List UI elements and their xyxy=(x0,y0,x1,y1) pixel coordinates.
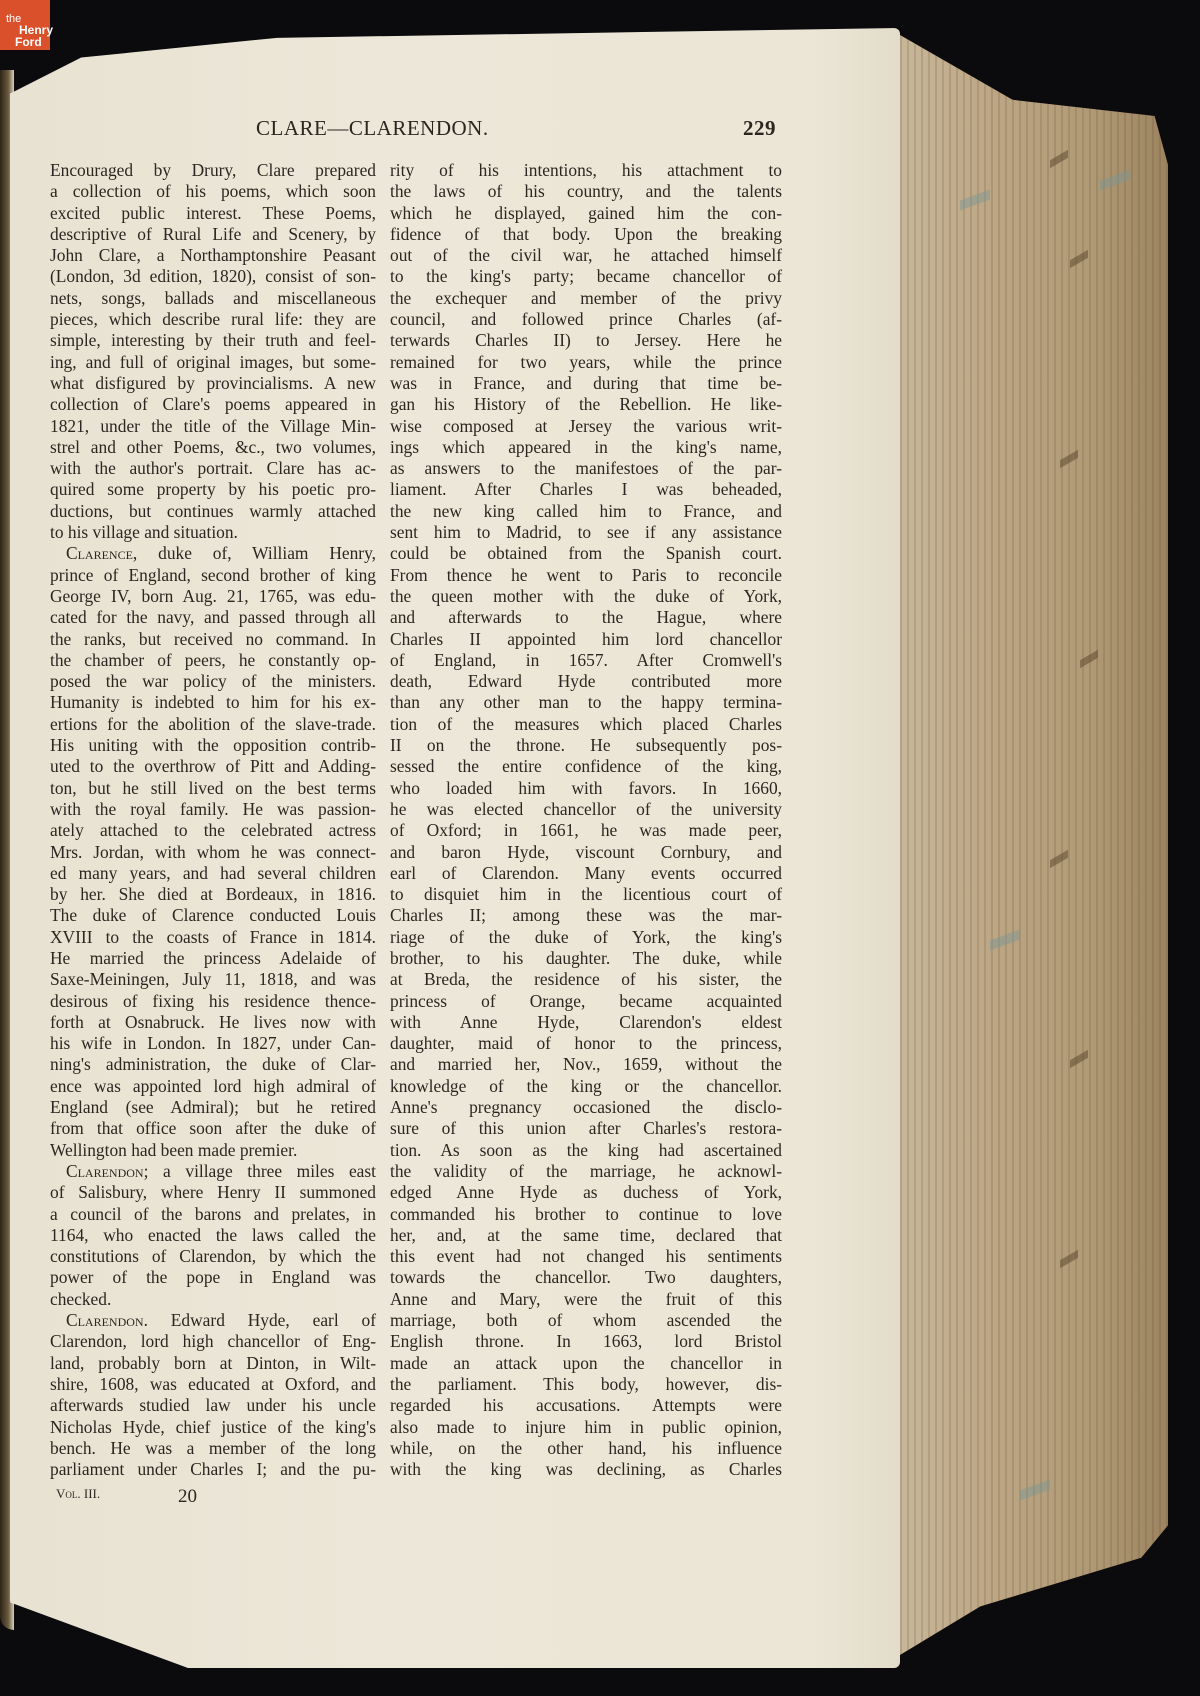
line-text: excited public interest. These Poems, xyxy=(50,203,376,223)
text-line: marriage, both of whom ascended the xyxy=(390,1310,782,1331)
text-line: He married the princess Adelaide of xyxy=(50,948,376,969)
line-text: also made to injure him in public opinio… xyxy=(390,1417,782,1437)
text-line: ductions, but continues warmly attached xyxy=(50,501,376,522)
text-line: out of the civil war, he attached himsel… xyxy=(390,245,782,266)
left-text-column: Encouraged by Drury, Clare prepareda col… xyxy=(50,160,376,1480)
text-line: Clarendon, lord high chancellor of Eng- xyxy=(50,1331,376,1352)
line-text: terwards Charles II) to Jersey. Here he xyxy=(390,330,782,350)
text-line: commanded his brother to continue to lov… xyxy=(390,1204,782,1225)
text-line: with the author's portrait. Clare has ac… xyxy=(50,458,376,479)
entry-headword: Clarence, xyxy=(66,543,137,563)
stain xyxy=(1050,150,1068,168)
line-text: rity of his intentions, his attachment t… xyxy=(390,160,782,180)
line-text: uted to the overthrow of Pitt and Adding… xyxy=(50,756,376,776)
text-line: this event had not changed his sentiment… xyxy=(390,1246,782,1267)
text-line: Wellington had been made premier. xyxy=(50,1140,376,1161)
line-text: fidence of that body. Upon the breaking xyxy=(390,224,782,244)
text-line: with Anne Hyde, Clarendon's eldest xyxy=(390,1012,782,1033)
stain xyxy=(1100,170,1130,191)
line-text: descriptive of Rural Life and Scenery, b… xyxy=(50,224,376,244)
text-line: with the royal family. He was passion- xyxy=(50,799,376,820)
line-text: remained for two years, while the prince xyxy=(390,352,782,372)
text-line: ed many years, and had several children xyxy=(50,863,376,884)
line-text: with the king was declining, as Charles xyxy=(390,1459,782,1479)
text-line: terwards Charles II) to Jersey. Here he xyxy=(390,330,782,351)
entry-headword: Clarendon; xyxy=(66,1161,148,1181)
line-text: forth at Osnabruck. He lives now with xyxy=(50,1012,376,1032)
stain xyxy=(1060,1250,1078,1268)
running-head-title: CLARE—CLARENDON. xyxy=(256,116,489,141)
line-text: at Breda, the residence of his sister, t… xyxy=(390,969,782,989)
text-line: excited public interest. These Poems, xyxy=(50,203,376,224)
line-text: power of the pope in England was xyxy=(50,1267,376,1287)
henry-ford-logo: the Henry Ford xyxy=(0,0,50,50)
line-text: while, on the other hand, his influence xyxy=(390,1438,782,1458)
line-text: death, Edward Hyde contributed more xyxy=(390,671,782,691)
text-line: the ranks, but received no command. In xyxy=(50,629,376,650)
line-text: what disfigured by provincialisms. A new xyxy=(50,373,376,393)
stain xyxy=(1080,650,1098,668)
text-line: while, on the other hand, his influence xyxy=(390,1438,782,1459)
line-text: to the king's party; became chancellor o… xyxy=(390,266,782,286)
line-text: desirous of fixing his residence thence- xyxy=(50,991,376,1011)
text-line: shire, 1608, was educated at Oxford, and xyxy=(50,1374,376,1395)
line-text: to his village and situation. xyxy=(50,522,238,542)
text-line: wise composed at Jersey the various writ… xyxy=(390,416,782,437)
line-text: George IV, born Aug. 21, 1765, was edu- xyxy=(50,586,376,606)
stain xyxy=(1060,450,1078,468)
text-line: descriptive of Rural Life and Scenery, b… xyxy=(50,224,376,245)
line-text: the chamber of peers, he constantly op- xyxy=(50,650,376,670)
line-text: ning's administration, the duke of Clar- xyxy=(50,1054,376,1074)
text-line: to disquiet him in the licentious court … xyxy=(390,884,782,905)
line-text: Humanity is indebted to him for his ex- xyxy=(50,692,376,712)
text-line: pieces, which describe rural life: they … xyxy=(50,309,376,330)
text-line: XVIII to the coasts of France in 1814. xyxy=(50,927,376,948)
text-line: and married her, Nov., 1659, without the xyxy=(390,1054,782,1075)
text-line: who loaded him with favors. In 1660, xyxy=(390,778,782,799)
text-line: Charles II; among these was the mar- xyxy=(390,905,782,926)
text-line: the queen mother with the duke of York, xyxy=(390,586,782,607)
line-text: shire, 1608, was educated at Oxford, and xyxy=(50,1374,376,1394)
line-text: gan his History of the Rebellion. He lik… xyxy=(390,394,782,414)
line-text: nets, songs, ballads and miscellaneous xyxy=(50,288,376,308)
text-line: cated for the navy, and passed through a… xyxy=(50,607,376,628)
line-text: the ranks, but received no command. In xyxy=(50,629,376,649)
text-line: of England, in 1657. After Cromwell's xyxy=(390,650,782,671)
line-text: tion of the measures which placed Charle… xyxy=(390,714,782,734)
text-line: the chamber of peers, he constantly op- xyxy=(50,650,376,671)
text-line: the validity of the marriage, he acknowl… xyxy=(390,1161,782,1182)
line-text: towards the chancellor. Two daughters, xyxy=(390,1267,782,1287)
text-line: tion of the measures which placed Charle… xyxy=(390,714,782,735)
line-text: II on the throne. He subsequently pos- xyxy=(390,735,782,755)
line-text: council, and followed prince Charles (af… xyxy=(390,309,782,329)
text-line: to his village and situation. xyxy=(50,522,376,543)
text-line: prince of England, second brother of kin… xyxy=(50,565,376,586)
line-text: English throne. In 1663, lord Bristol xyxy=(390,1331,782,1351)
text-line: could be obtained from the Spanish court… xyxy=(390,543,782,564)
text-line: the laws of his country, and the talents xyxy=(390,181,782,202)
text-line: fidence of that body. Upon the breaking xyxy=(390,224,782,245)
line-text: to disquiet him in the licentious court … xyxy=(390,884,782,904)
book-fore-edge xyxy=(900,35,1168,1655)
text-line: with the king was declining, as Charles xyxy=(390,1459,782,1480)
text-line: The duke of Clarence conducted Louis xyxy=(50,905,376,926)
line-text: cated for the navy, and passed through a… xyxy=(50,607,376,627)
line-text: edged Anne Hyde as duchess of York, xyxy=(390,1182,782,1202)
text-line: Charles II appointed him lord chancellor xyxy=(390,629,782,650)
text-line: II on the throne. He subsequently pos- xyxy=(390,735,782,756)
line-text: pieces, which describe rural life: they … xyxy=(50,309,376,329)
text-line: Clarendon. Edward Hyde, earl of xyxy=(50,1310,376,1331)
line-text: bench. He was a member of the long xyxy=(50,1438,376,1458)
text-line: Humanity is indebted to him for his ex- xyxy=(50,692,376,713)
line-text: could be obtained from the Spanish court… xyxy=(390,543,782,563)
volume-label: Vol. III. xyxy=(56,1486,100,1502)
text-line: rity of his intentions, his attachment t… xyxy=(390,160,782,181)
text-line: ately attached to the celebrated actress xyxy=(50,820,376,841)
text-line: he was elected chancellor of the univers… xyxy=(390,799,782,820)
stain xyxy=(960,190,990,211)
line-text: which he displayed, gained him the con- xyxy=(390,203,782,223)
text-line: regarded his accusations. Attempts were xyxy=(390,1395,782,1416)
line-text: his wife in London. In 1827, under Can- xyxy=(50,1033,376,1053)
text-line: to the king's party; became chancellor o… xyxy=(390,266,782,287)
line-text: the validity of the marriage, he acknowl… xyxy=(390,1161,782,1181)
line-text: and married her, Nov., 1659, without the xyxy=(390,1054,782,1074)
running-head: CLARE—CLARENDON. 229 xyxy=(256,116,776,146)
text-line: of Salisbury, where Henry II summoned xyxy=(50,1182,376,1203)
line-text: Anne and Mary, were the fruit of this xyxy=(390,1289,782,1309)
line-text: a council of the barons and prelates, in xyxy=(50,1204,376,1224)
text-line: Encouraged by Drury, Clare prepared xyxy=(50,160,376,181)
text-line: George IV, born Aug. 21, 1765, was edu- xyxy=(50,586,376,607)
text-line: a collection of his poems, which soon xyxy=(50,181,376,202)
line-text: Saxe-Meiningen, July 11, 1818, and was xyxy=(50,969,376,989)
line-text: duke of, William Henry, xyxy=(137,543,376,563)
line-text: quired some property by his poetic pro- xyxy=(50,479,376,499)
line-text: simple, interesting by their truth and f… xyxy=(50,330,376,350)
line-text: Mrs. Jordan, with whom he was connect- xyxy=(50,842,376,862)
page-footer: Vol. III. 20 xyxy=(50,1486,380,1510)
text-line: bench. He was a member of the long xyxy=(50,1438,376,1459)
text-line: also made to injure him in public opinio… xyxy=(390,1417,782,1438)
line-text: with the royal family. He was passion- xyxy=(50,799,376,819)
text-line: the exchequer and member of the privy xyxy=(390,288,782,309)
text-line: Clarendon; a village three miles east xyxy=(50,1161,376,1182)
text-line: princess of Orange, became acquainted xyxy=(390,991,782,1012)
line-text: the new king called him to France, and xyxy=(390,501,782,521)
text-line: sessed the entire confidence of the king… xyxy=(390,756,782,777)
text-line: ertions for the abolition of the slave-t… xyxy=(50,714,376,735)
line-text: earl of Clarendon. Many events occurred xyxy=(390,863,782,883)
line-text: His uniting with the opposition contrib- xyxy=(50,735,376,755)
text-line: (London, 3d edition, 1820), consist of s… xyxy=(50,266,376,287)
text-line: at Breda, the residence of his sister, t… xyxy=(390,969,782,990)
stain xyxy=(1070,1050,1088,1068)
line-text: the queen mother with the duke of York, xyxy=(390,586,782,606)
text-line: ings which appeared in the king's name, xyxy=(390,437,782,458)
line-text: ately attached to the celebrated actress xyxy=(50,820,376,840)
line-text: He married the princess Adelaide of xyxy=(50,948,376,968)
text-line: 1821, under the title of the Village Min… xyxy=(50,416,376,437)
line-text: sent him to Madrid, to see if any assist… xyxy=(390,522,782,542)
text-line: From thence he went to Paris to reconcil… xyxy=(390,565,782,586)
line-text: he was elected chancellor of the univers… xyxy=(390,799,782,819)
line-text: of England, in 1657. After Cromwell's xyxy=(390,650,782,670)
right-text-column: rity of his intentions, his attachment t… xyxy=(390,160,782,1480)
line-text: (London, 3d edition, 1820), consist of s… xyxy=(50,266,376,286)
text-line: constitutions of Clarendon, by which the xyxy=(50,1246,376,1267)
line-text: The duke of Clarence conducted Louis xyxy=(50,905,376,925)
text-line: afterwards studied law under his uncle xyxy=(50,1395,376,1416)
line-text: 1164, who enacted the laws called the xyxy=(50,1225,376,1245)
text-line: made an attack upon the chancellor in xyxy=(390,1353,782,1374)
text-line: from that office soon after the duke of xyxy=(50,1118,376,1139)
line-text: princess of Orange, became acquainted xyxy=(390,991,782,1011)
text-line: desirous of fixing his residence thence- xyxy=(50,991,376,1012)
line-text: from that office soon after the duke of xyxy=(50,1118,376,1138)
line-text: From thence he went to Paris to reconcil… xyxy=(390,565,782,585)
line-text: out of the civil war, he attached himsel… xyxy=(390,245,782,265)
text-line: ning's administration, the duke of Clar- xyxy=(50,1054,376,1075)
text-line: strel and other Poems, &c., two volumes, xyxy=(50,437,376,458)
line-text: ence was appointed lord high admiral of xyxy=(50,1076,376,1096)
line-text: riage of the duke of York, the king's xyxy=(390,927,782,947)
text-line: forth at Osnabruck. He lives now with xyxy=(50,1012,376,1033)
text-line: sure of this union after Charles's resto… xyxy=(390,1118,782,1139)
line-text: and afterwards to the Hague, where xyxy=(390,607,782,627)
text-line: council, and followed prince Charles (af… xyxy=(390,309,782,330)
text-line: His uniting with the opposition contrib- xyxy=(50,735,376,756)
page-number: 229 xyxy=(743,116,776,141)
text-line: parliament under Charles I; and the pu- xyxy=(50,1459,376,1480)
text-line: the parliament. This body, however, dis- xyxy=(390,1374,782,1395)
text-line: as answers to the manifestoes of the par… xyxy=(390,458,782,479)
text-line: was in France, and during that time be- xyxy=(390,373,782,394)
line-text: the exchequer and member of the privy xyxy=(390,288,782,308)
line-text: ings which appeared in the king's name, xyxy=(390,437,782,457)
line-text: England (see Admiral); but he retired xyxy=(50,1097,376,1117)
text-line: 1164, who enacted the laws called the xyxy=(50,1225,376,1246)
line-text: regarded his accusations. Attempts were xyxy=(390,1395,782,1415)
text-line: Anne and Mary, were the fruit of this xyxy=(390,1289,782,1310)
entry-headword: Clarendon. xyxy=(66,1310,148,1330)
line-text: was in France, and during that time be- xyxy=(390,373,782,393)
line-text: sessed the entire confidence of the king… xyxy=(390,756,782,776)
line-text: land, probably born at Dinton, in Wilt- xyxy=(50,1353,376,1373)
text-line: daughter, maid of honor to the princess, xyxy=(390,1033,782,1054)
line-text: knowledge of the king or the chancellor. xyxy=(390,1076,782,1096)
line-text: marriage, both of whom ascended the xyxy=(390,1310,782,1330)
line-text: who loaded him with favors. In 1660, xyxy=(390,778,782,798)
logo-ford: Ford xyxy=(15,36,42,48)
line-text: ertions for the abolition of the slave-t… xyxy=(50,714,376,734)
line-text: John Clare, a Northamptonshire Peasant xyxy=(50,245,376,265)
text-line: knowledge of the king or the chancellor. xyxy=(390,1076,782,1097)
text-line: her, and, at the same time, declared tha… xyxy=(390,1225,782,1246)
text-line: riage of the duke of York, the king's xyxy=(390,927,782,948)
line-text: by her. She died at Bordeaux, in 1816. xyxy=(50,884,376,904)
line-text: ton, but he still lived on the best term… xyxy=(50,778,376,798)
line-text: prince of England, second brother of kin… xyxy=(50,565,376,585)
line-text: XVIII to the coasts of France in 1814. xyxy=(50,927,376,947)
line-text: Encouraged by Drury, Clare prepared xyxy=(50,160,376,180)
text-line: land, probably born at Dinton, in Wilt- xyxy=(50,1353,376,1374)
text-line: and afterwards to the Hague, where xyxy=(390,607,782,628)
line-text: with the author's portrait. Clare has ac… xyxy=(50,458,376,478)
text-line: Clarence, duke of, William Henry, xyxy=(50,543,376,564)
line-text: commanded his brother to continue to lov… xyxy=(390,1204,782,1224)
text-line: edged Anne Hyde as duchess of York, xyxy=(390,1182,782,1203)
text-line: remained for two years, while the prince xyxy=(390,352,782,373)
text-line: ing, and full of original images, but so… xyxy=(50,352,376,373)
line-text: Wellington had been made premier. xyxy=(50,1140,297,1160)
text-line: his wife in London. In 1827, under Can- xyxy=(50,1033,376,1054)
signature-mark: 20 xyxy=(178,1486,197,1508)
text-line: Saxe-Meiningen, July 11, 1818, and was xyxy=(50,969,376,990)
line-text: Charles II appointed him lord chancellor xyxy=(390,629,782,649)
text-line: uted to the overthrow of Pitt and Adding… xyxy=(50,756,376,777)
text-line: of Oxford; in 1661, he was made peer, xyxy=(390,820,782,841)
text-line: Mrs. Jordan, with whom he was connect- xyxy=(50,842,376,863)
line-text: a village three miles east xyxy=(148,1161,376,1181)
line-text: a collection of his poems, which soon xyxy=(50,181,376,201)
line-text: Charles II; among these was the mar- xyxy=(390,905,782,925)
line-text: 1821, under the title of the Village Min… xyxy=(50,416,376,436)
line-text: made an attack upon the chancellor in xyxy=(390,1353,782,1373)
text-line: gan his History of the Rebellion. He lik… xyxy=(390,394,782,415)
text-line: power of the pope in England was xyxy=(50,1267,376,1288)
line-text: as answers to the manifestoes of the par… xyxy=(390,458,782,478)
line-text: ing, and full of original images, but so… xyxy=(50,352,376,372)
line-text: the parliament. This body, however, dis- xyxy=(390,1374,782,1394)
stain xyxy=(1020,1480,1050,1501)
line-text: liament. After Charles I was beheaded, xyxy=(390,479,782,499)
text-line: death, Edward Hyde contributed more xyxy=(390,671,782,692)
text-line: collection of Clare's poems appeared in xyxy=(50,394,376,415)
text-line: John Clare, a Northamptonshire Peasant xyxy=(50,245,376,266)
stain xyxy=(1050,850,1068,868)
text-line: than any other man to the happy termina- xyxy=(390,692,782,713)
line-text: Anne's pregnancy occasioned the disclo- xyxy=(390,1097,782,1117)
text-line: ence was appointed lord high admiral of xyxy=(50,1076,376,1097)
line-text: the laws of his country, and the talents xyxy=(390,181,782,201)
line-text: parliament under Charles I; and the pu- xyxy=(50,1459,376,1479)
line-text: daughter, maid of honor to the princess, xyxy=(390,1033,782,1053)
text-line: earl of Clarendon. Many events occurred xyxy=(390,863,782,884)
line-text: constitutions of Clarendon, by which the xyxy=(50,1246,376,1266)
text-line: sent him to Madrid, to see if any assist… xyxy=(390,522,782,543)
line-text: tion. As soon as the king had ascertaine… xyxy=(390,1140,782,1160)
text-line: Nicholas Hyde, chief justice of the king… xyxy=(50,1417,376,1438)
line-text: with Anne Hyde, Clarendon's eldest xyxy=(390,1012,782,1032)
line-text: Clarendon, lord high chancellor of Eng- xyxy=(50,1331,376,1351)
text-line: brother, to his daughter. The duke, whil… xyxy=(390,948,782,969)
line-text: than any other man to the happy termina- xyxy=(390,692,782,712)
text-line: nets, songs, ballads and miscellaneous xyxy=(50,288,376,309)
text-line: checked. xyxy=(50,1289,376,1310)
text-line: what disfigured by provincialisms. A new xyxy=(50,373,376,394)
line-text: Edward Hyde, earl of xyxy=(148,1310,376,1330)
text-line: the new king called him to France, and xyxy=(390,501,782,522)
line-text: her, and, at the same time, declared tha… xyxy=(390,1225,782,1245)
line-text: checked. xyxy=(50,1289,111,1309)
line-text: afterwards studied law under his uncle xyxy=(50,1395,376,1415)
text-line: which he displayed, gained him the con- xyxy=(390,203,782,224)
text-line: by her. She died at Bordeaux, in 1816. xyxy=(50,884,376,905)
text-line: posed the war policy of the ministers. xyxy=(50,671,376,692)
text-line: England (see Admiral); but he retired xyxy=(50,1097,376,1118)
line-text: posed the war policy of the ministers. xyxy=(50,671,376,691)
line-text: sure of this union after Charles's resto… xyxy=(390,1118,782,1138)
line-text: this event had not changed his sentiment… xyxy=(390,1246,782,1266)
stain xyxy=(990,930,1020,951)
text-line: and baron Hyde, viscount Cornbury, and xyxy=(390,842,782,863)
line-text: of Salisbury, where Henry II summoned xyxy=(50,1182,376,1202)
line-text: brother, to his daughter. The duke, whil… xyxy=(390,948,782,968)
text-line: quired some property by his poetic pro- xyxy=(50,479,376,500)
line-text: and baron Hyde, viscount Cornbury, and xyxy=(390,842,782,862)
stain xyxy=(1070,250,1088,268)
line-text: of Oxford; in 1661, he was made peer, xyxy=(390,820,782,840)
text-line: liament. After Charles I was beheaded, xyxy=(390,479,782,500)
text-line: towards the chancellor. Two daughters, xyxy=(390,1267,782,1288)
text-line: English throne. In 1663, lord Bristol xyxy=(390,1331,782,1352)
text-line: simple, interesting by their truth and f… xyxy=(50,330,376,351)
line-text: strel and other Poems, &c., two volumes, xyxy=(50,437,376,457)
line-text: wise composed at Jersey the various writ… xyxy=(390,416,782,436)
line-text: ductions, but continues warmly attached xyxy=(50,501,376,521)
text-line: tion. As soon as the king had ascertaine… xyxy=(390,1140,782,1161)
text-line: Anne's pregnancy occasioned the disclo- xyxy=(390,1097,782,1118)
line-text: collection of Clare's poems appeared in xyxy=(50,394,376,414)
text-line: a council of the barons and prelates, in xyxy=(50,1204,376,1225)
text-line: ton, but he still lived on the best term… xyxy=(50,778,376,799)
line-text: Nicholas Hyde, chief justice of the king… xyxy=(50,1417,376,1437)
line-text: ed many years, and had several children xyxy=(50,863,376,883)
